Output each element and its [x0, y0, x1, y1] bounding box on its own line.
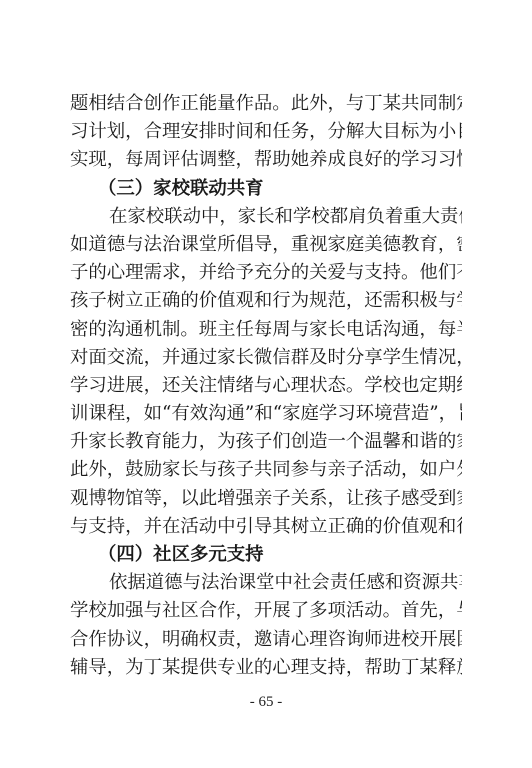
page-body: 题相结合创作正能量作品。此外，与丁某共同制定详细的学 习计划，合理安排时间和任务… — [70, 90, 462, 682]
section-4-paragraph: 依据道德与法治课堂中社会责任感和资源共享的理念， 学校加强与社区合作，开展了多项… — [70, 569, 462, 682]
section-heading-4: （四）社区多元支持 — [70, 541, 462, 569]
section-3-paragraph: 在家校联动中，家长和学校都肩负着重大责任。家长需 如道德与法治课堂所倡导，重视家… — [70, 203, 462, 541]
text-line: 观博物馆等，以此增强亲子关系，让孩子感受到家庭的温暖 — [70, 485, 462, 513]
text-line: 习计划，合理安排时间和任务，分解大目标为小目标，逐步 — [70, 118, 462, 146]
page-number: - 65 - — [0, 694, 532, 711]
text-line: 子的心理需求，并给予充分的关爱与支持。他们不仅要引导 — [70, 259, 462, 287]
text-line: 与支持，并在活动中引导其树立正确的价值观和行为规范。 — [70, 513, 462, 541]
text-line: 学校加强与社区合作，开展了多项活动。首先，与社区签订 — [70, 597, 462, 625]
text-line: 在家校联动中，家长和学校都肩负着重大责任。家长需 — [70, 203, 462, 231]
text-line: 升家长教育能力，为孩子们创造一个温馨和谐的家庭环境。 — [70, 428, 462, 456]
text-line: 训课程，如“有效沟通”和“家庭学习环境营造”，旨在提 — [70, 400, 462, 428]
text-line: 依据道德与法治课堂中社会责任感和资源共享的理念， — [70, 569, 462, 597]
text-line: 密的沟通机制。班主任每周与家长电话沟通，每半月进行面 — [70, 316, 462, 344]
text-line: 此外，鼓励家长与孩子共同参与亲子活动，如户外运动、参 — [70, 456, 462, 484]
section-heading-3: （三）家校联动共育 — [70, 175, 462, 203]
text-line: 题相结合创作正能量作品。此外，与丁某共同制定详细的学 — [70, 90, 462, 118]
text-line: 如道德与法治课堂所倡导，重视家庭美德教育，密切关注孩 — [70, 231, 462, 259]
text-line: 对面交流，并通过家长微信群及时分享学生情况，不仅反馈 — [70, 344, 462, 372]
text-line: 学习进展，还关注情绪与心理状态。学校也定期组织家长培 — [70, 372, 462, 400]
text-line: 合作协议，明确权责，邀请心理咨询师进校开展团体或个别 — [70, 626, 462, 654]
text-line: 孩子树立正确的价值观和行为规范，还需积极与学校建立紧 — [70, 287, 462, 315]
text-line: 实现，每周评估调整，帮助她养成良好的学习习惯。 — [70, 146, 462, 174]
paragraph-continued: 题相结合创作正能量作品。此外，与丁某共同制定详细的学 习计划，合理安排时间和任务… — [70, 90, 462, 175]
text-line: 辅导，为丁某提供专业的心理支持，帮助丁某释放内心的压 — [70, 654, 462, 682]
